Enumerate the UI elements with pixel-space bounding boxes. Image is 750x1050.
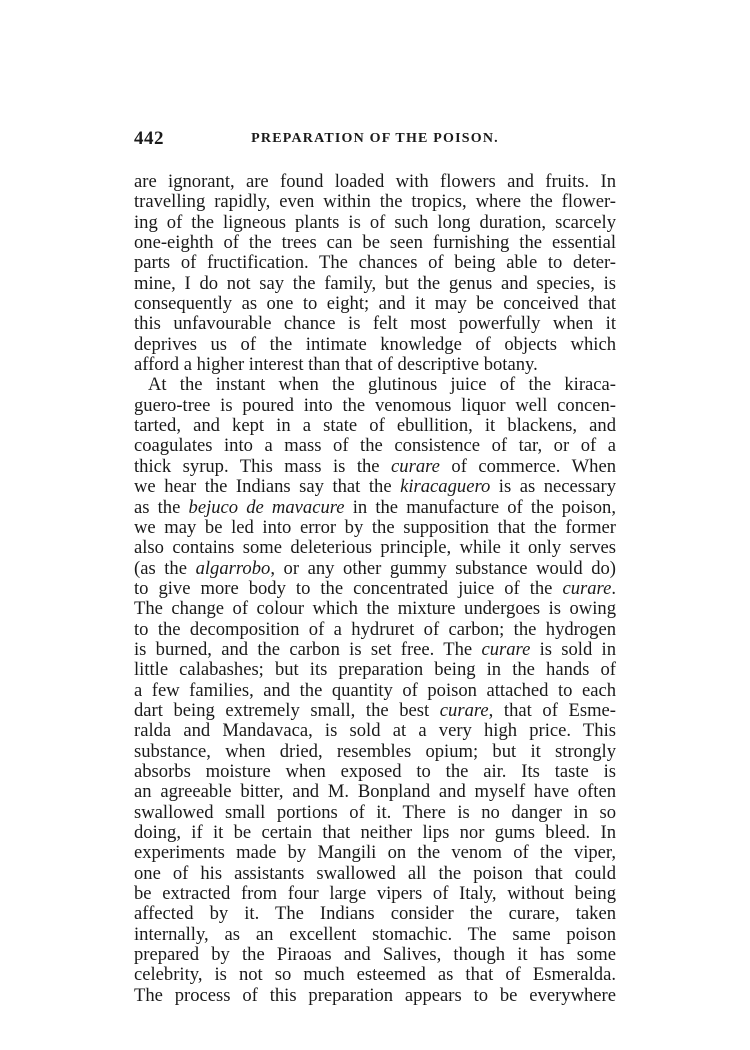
text-line: is burned, and the carbon is set free. T… [134,640,616,660]
text-line: guero-tree is poured into the venomous l… [134,396,616,416]
italic-term: algarrobo [196,558,271,579]
text-line: (as the algarrobo, or any other gummy su… [134,559,616,579]
text-line: coagulates into a mass of the consistenc… [134,436,616,456]
text-line: deprives us of the intimate knowledge of… [134,335,616,355]
text-line: celebrity, is not so much esteemed as th… [134,965,616,985]
text-line: little calabashes; but its preparation b… [134,660,616,680]
text-line: afford a higher interest than that of de… [134,355,616,375]
running-head: 442 PREPARATION OF THE POISON. [134,128,616,152]
text-line: to give more body to the concentrated ju… [134,579,616,599]
text-line: swallowed small portions of it. There is… [134,803,616,823]
text-line: as the bejuco de mavacure in the manufac… [134,498,616,518]
text-line: dart being extremely small, the best cur… [134,701,616,721]
italic-term: curare [391,456,440,477]
text-line: At the instant when the glutinous juice … [134,375,616,395]
text-line: ing of the ligneous plants is of such lo… [134,213,616,233]
text-line: thick syrup. This mass is the curare of … [134,457,616,477]
text-line: mine, I do not say the family, but the g… [134,274,616,294]
italic-term: curare [562,578,611,599]
paragraph-2: At the instant when the glutinous juice … [134,375,616,1006]
text-line: absorbs moisture when exposed to the air… [134,762,616,782]
text-line: consequently as one to eight; and it may… [134,294,616,314]
text-line: The process of this preparation appears … [134,986,616,1006]
text-line: affected by it. The Indians consider the… [134,904,616,924]
running-title: PREPARATION OF THE POISON. [134,131,616,147]
text-line: to the decomposition of a hydruret of ca… [134,620,616,640]
text-line: a few families, and the quantity of pois… [134,681,616,701]
italic-term: kiracaguero [400,476,490,497]
text-line: also contains some deleterious principle… [134,538,616,558]
text-line: be extracted from four large vipers of I… [134,884,616,904]
italic-term: curare [481,639,530,660]
book-page: 442 PREPARATION OF THE POISON. are ignor… [134,128,616,1006]
paragraph-1: are ignorant, are found loaded with flow… [134,172,616,375]
text-line: this unfavourable chance is felt most po… [134,314,616,334]
text-line: travelling rapidly, even within the trop… [134,192,616,212]
text-line: substance, when dried, resembles opium; … [134,742,616,762]
italic-term: curare [440,700,489,721]
text-line: we hear the Indians say that the kiracag… [134,477,616,497]
text-line: we may be led into error by the supposit… [134,518,616,538]
text-line: doing, if it be certain that neither lip… [134,823,616,843]
text-line: one of his assistants swallowed all the … [134,864,616,884]
text-line: are ignorant, are found loaded with flow… [134,172,616,192]
text-line: tarted, and kept in a state of ebullitio… [134,416,616,436]
text-line: parts of fructification. The chances of … [134,253,616,273]
text-line: The change of colour which the mixture u… [134,599,616,619]
italic-term: bejuco de mavacure [189,497,345,518]
text-line: an agreeable bitter, and M. Bonpland and… [134,782,616,802]
text-line: internally, as an excellent stomachic. T… [134,925,616,945]
text-line: one-eighth of the trees can be seen furn… [134,233,616,253]
text-line: ralda and Mandavaca, is sold at a very h… [134,721,616,741]
text-line: experiments made by Mangili on the venom… [134,843,616,863]
text-line: prepared by the Piraoas and Salives, tho… [134,945,616,965]
